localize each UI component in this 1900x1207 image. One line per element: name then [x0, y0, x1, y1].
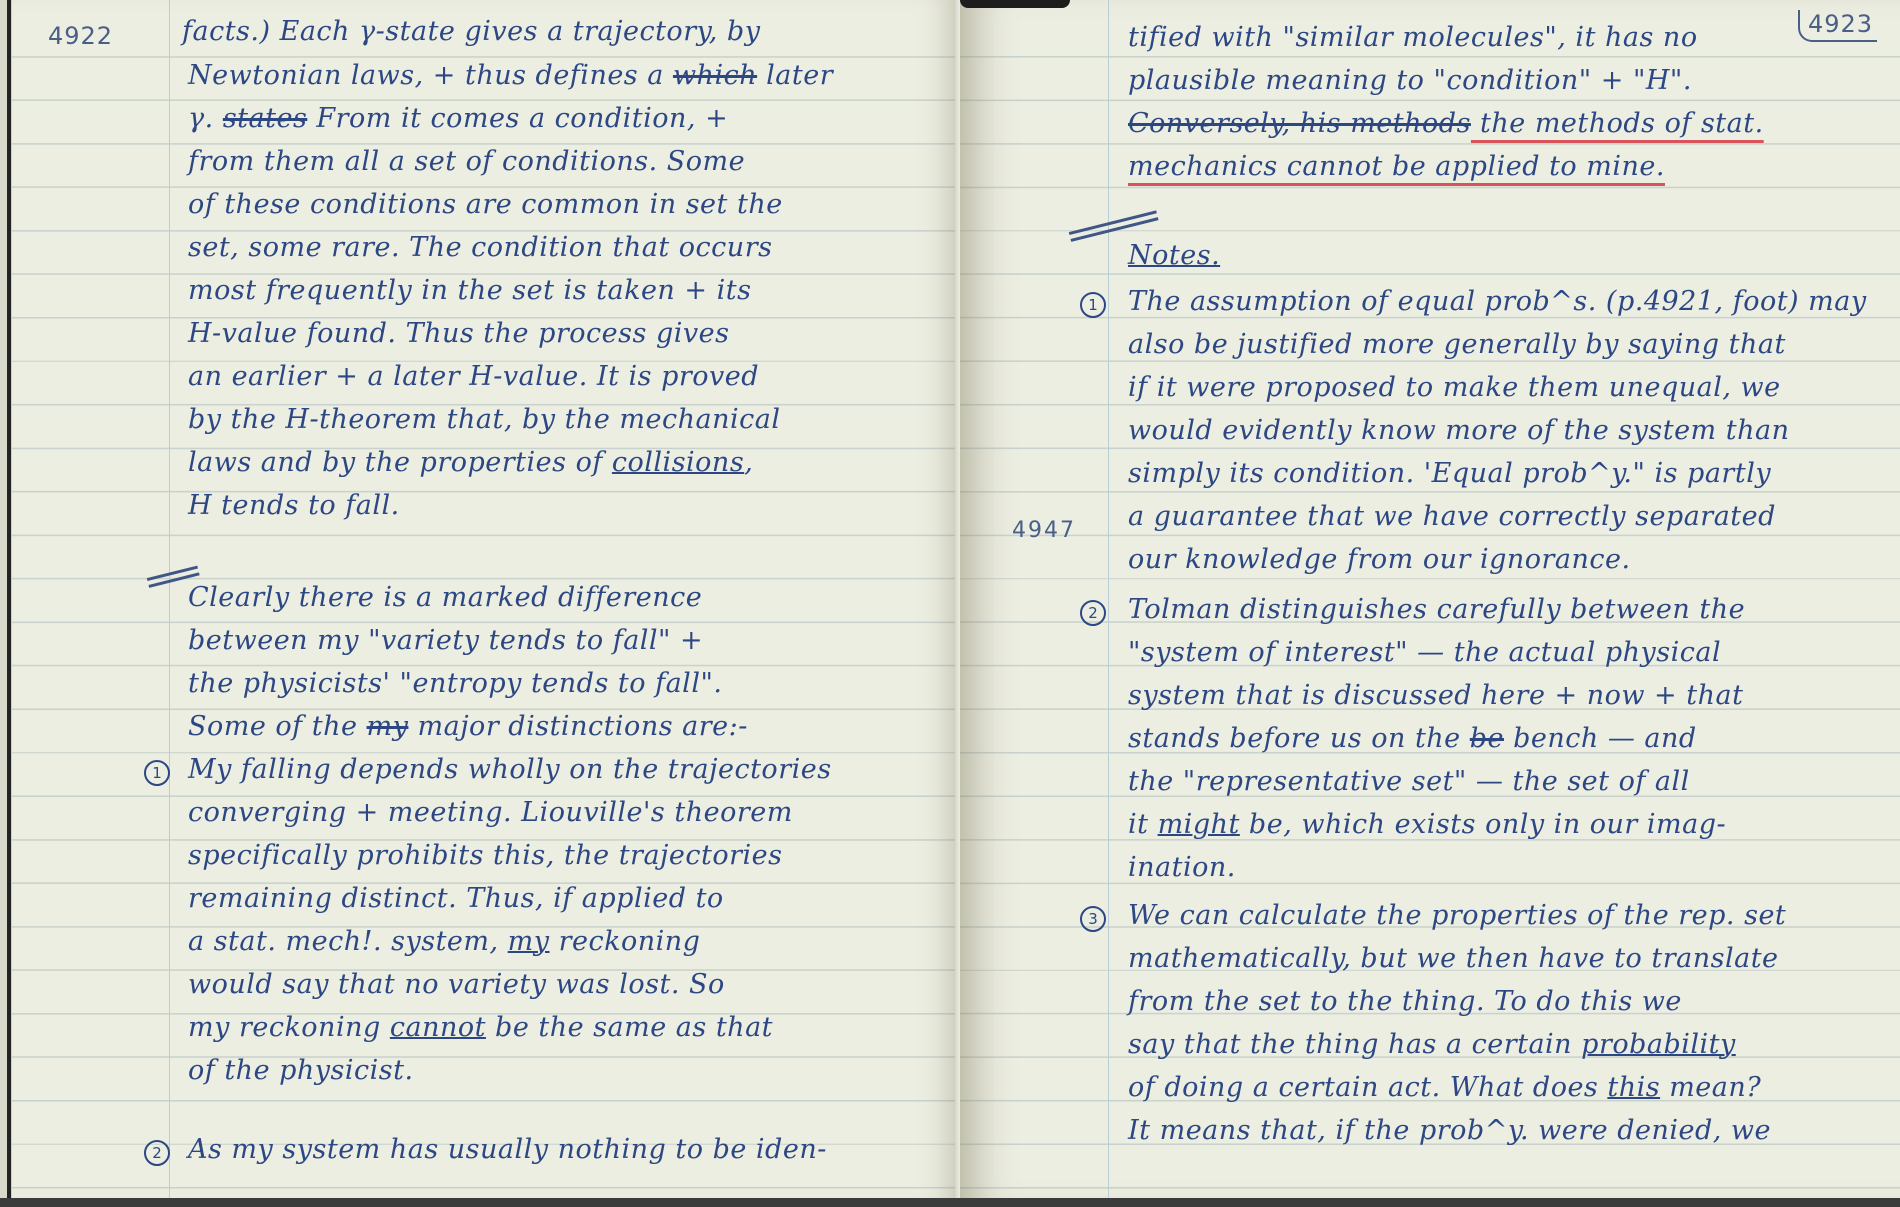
text-line: converging + meeting. Liouville's theore… [188, 797, 793, 828]
text-line: The assumption of equal prob^s. (p.4921,… [1128, 286, 1867, 317]
cross-reference-note: 4947 [1012, 518, 1076, 543]
underlined-word: my [508, 926, 550, 957]
text-line: mechanics cannot be applied to mine. [1128, 151, 1665, 182]
page-number: 4923 [1798, 10, 1877, 42]
text-line: H-value found. Thus the process gives [188, 318, 729, 349]
text-line: say that the thing has a certain probabi… [1128, 1029, 1736, 1060]
text-line: Newtonian laws, + thus defines a which l… [188, 60, 833, 91]
notes-heading: Notes. [1128, 240, 1220, 271]
note-number-2: 2 [1080, 600, 1106, 626]
list-number-1: 1 [144, 760, 170, 786]
right-page: 4923 4947 tified with "similar molecules… [960, 0, 1900, 1200]
section-separator-mark [1069, 210, 1159, 241]
text-line: the physicists' "entropy tends to fall". [188, 668, 722, 699]
underlined-word: probability [1581, 1029, 1736, 1060]
text-line: by the H-theorem that, by the mechanical [188, 404, 780, 435]
underlined-word: cannot [390, 1012, 486, 1043]
text-line: We can calculate the properties of the r… [1128, 900, 1786, 931]
text-line: our knowledge from our ignorance. [1128, 544, 1631, 575]
list-number-2: 2 [144, 1140, 170, 1166]
margin-line [1108, 0, 1109, 1200]
text-line: As my system has usually nothing to be i… [188, 1134, 827, 1165]
text-line: if it were proposed to make them unequal… [1128, 372, 1781, 403]
text-line: it might be, which exists only in our im… [1128, 809, 1726, 840]
text-line: of doing a certain act. What does this m… [1128, 1072, 1761, 1103]
text-line: laws and by the properties of collisions… [188, 447, 753, 478]
note-number-3: 3 [1080, 906, 1106, 932]
text-line: most frequently in the set is taken + it… [188, 275, 751, 306]
note-number-1: 1 [1080, 292, 1106, 318]
binding-shadow [960, 0, 1070, 8]
text-line: γ. states From it comes a condition, + [188, 103, 728, 134]
notebook-bottom-edge [0, 1198, 1900, 1207]
text-line: remaining distinct. Thus, if applied to [188, 883, 724, 914]
text-line: ination. [1128, 852, 1236, 883]
text-line: Some of the my major distinctions are:- [188, 711, 748, 742]
text-line: facts.) Each γ-state gives a trajectory,… [182, 16, 760, 47]
notebook-spread: 4922 facts.) Each γ-state gives a trajec… [0, 0, 1900, 1207]
struck-word: states [223, 103, 308, 134]
text-line: simply its condition. 'Equal prob^y." is… [1128, 458, 1771, 489]
underlined-word: might [1158, 809, 1240, 840]
text-line: specifically prohibits this, the traject… [188, 840, 783, 871]
struck-word: my [367, 711, 409, 742]
underlined-word: this [1607, 1072, 1660, 1103]
text-line: My falling depends wholly on the traject… [188, 754, 832, 785]
text-line: Clearly there is a marked difference [188, 582, 702, 613]
struck-phrase: Conversely, his methods [1128, 108, 1471, 139]
text-line: set, some rare. The condition that occur… [188, 232, 772, 263]
text-line: would evidently know more of the system … [1128, 415, 1789, 446]
text-line: "system of interest" — the actual physic… [1128, 637, 1721, 668]
text-line: Tolman distinguishes carefully between t… [1128, 594, 1745, 625]
text-line: tified with "similar molecules", it has … [1128, 22, 1698, 53]
underlined-word: collisions [612, 447, 744, 478]
text-line: stands before us on the be bench — and [1128, 723, 1697, 754]
text-line: plausible meaning to "condition" + "H". [1128, 65, 1692, 96]
text-line: a guarantee that we have correctly separ… [1128, 501, 1776, 532]
text-line: an earlier + a later H-value. It is prov… [188, 361, 759, 392]
text-line: from the set to the thing. To do this we [1128, 986, 1682, 1017]
text-line: of the physicist. [188, 1055, 414, 1086]
text-line: mathematically, but we then have to tran… [1128, 943, 1779, 974]
struck-word: which [673, 60, 757, 91]
text-line: Conversely, his methods the methods of s… [1128, 108, 1764, 139]
left-page: 4922 facts.) Each γ-state gives a trajec… [12, 0, 960, 1200]
text-line: between my "variety tends to fall" + [188, 625, 703, 656]
red-underlined-phrase: mechanics cannot be applied to mine. [1128, 151, 1665, 182]
text-line: my reckoning cannot be the same as that [188, 1012, 773, 1043]
text-line: It means that, if the prob^y. were denie… [1128, 1115, 1771, 1146]
text-line: of these conditions are common in set th… [188, 189, 783, 220]
text-line: H tends to fall. [188, 490, 400, 521]
red-underlined-phrase: the methods of stat. [1471, 108, 1764, 139]
text-line: a stat. mech!. system, my reckoning [188, 926, 700, 957]
text-line: the "representative set" — the set of al… [1128, 766, 1690, 797]
text-line: system that is discussed here + now + th… [1128, 680, 1743, 711]
text-line: would say that no variety was lost. So [188, 969, 725, 1000]
page-number: 4922 [48, 22, 113, 50]
text-line: from them all a set of conditions. Some [188, 146, 745, 177]
margin-line [169, 0, 170, 1200]
text-line: also be justified more generally by sayi… [1128, 329, 1786, 360]
struck-word: be [1470, 723, 1504, 754]
